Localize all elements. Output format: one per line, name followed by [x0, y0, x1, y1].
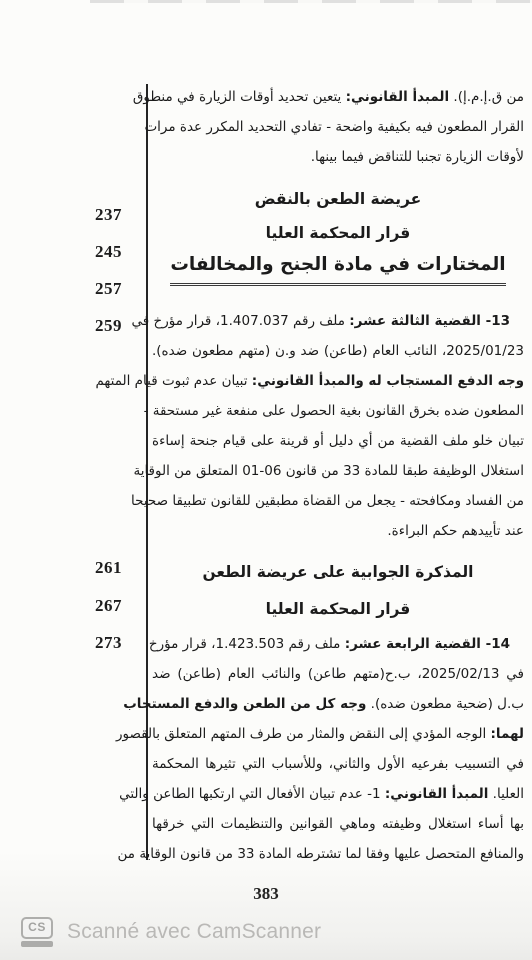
toc-page-number: 257 — [60, 279, 122, 299]
text-line: ب.ل (ضحية مطعون ضده). وجه كل من الطعن وا… — [152, 689, 524, 719]
toc-page-number: 259 — [60, 316, 122, 336]
text-line: العليا. المبدأ القانوني: 1- عدم تبيان ال… — [152, 779, 524, 809]
scanned-page: 237245257259261267273 من ق.إ.م.إ). المبد… — [0, 0, 532, 960]
camscanner-icon-base-bar — [21, 941, 53, 947]
text-line: القرار المطعون فيه بكيفية واضحة - تفادي … — [152, 112, 524, 142]
text-line: تبيان خلو ملف القضية من أي دليل أو قرينة… — [152, 426, 524, 456]
camscanner-icon-cs-box: CS — [21, 917, 53, 939]
text-line: 13- القضية الثالثة عشر: ملف رقم 1.407.03… — [152, 306, 524, 336]
text-line: المطعون ضده بخرق القانون بغية الحصول على… — [152, 396, 524, 426]
text-line: وجه الدفع المستجاب له والمبدأ القانوني: … — [152, 366, 524, 396]
section-title-text: المختارات في مادة الجنح والمخالفات — [170, 250, 505, 286]
heading-supreme-court-decision-2: قرار المحكمة العليا — [152, 596, 524, 622]
case-13-paragraph: 13- القضية الثالثة عشر: ملف رقم 1.407.03… — [152, 306, 524, 546]
heading-reply-memo: المذكرة الجوابية على عريضة الطعن — [152, 559, 524, 585]
text-line: في 2025/02/13، ب.ح(متهم طاعن) والنائب ال… — [152, 659, 524, 689]
toc-page-number: 245 — [60, 242, 122, 262]
camscanner-icon: CS — [20, 917, 54, 947]
toc-page-number: 237 — [60, 205, 122, 225]
text-line: 14- القضية الرابعة عشر: ملف رقم 1.423.50… — [152, 629, 524, 659]
text-line: في التسبيب بفرعيه الأول والثاني، وللأسبا… — [152, 749, 524, 779]
text-line: 2025/01/23، النائب العام (طاعن) ضد و.ن (… — [152, 336, 524, 366]
toc-page-number: 267 — [60, 596, 122, 616]
text-line: عند تأييدهم حكم البراءة. — [152, 516, 524, 546]
camscanner-watermark: CS Scanné avec CamScanner — [20, 913, 321, 951]
text-line: استغلال الوظيفة طبقا للمادة 33 من قانون … — [152, 456, 524, 486]
toc-page-number: 261 — [60, 558, 122, 578]
heading-appeal-petition: عريضة الطعن بالنقض — [152, 186, 524, 212]
heading-supreme-court-decision-1: قرار المحكمة العليا — [152, 220, 524, 246]
case-14-paragraph: 14- القضية الرابعة عشر: ملف رقم 1.423.50… — [152, 629, 524, 869]
text-line: من الفساد ومكافحته - يجعل من القضاة مطبق… — [152, 486, 524, 516]
page-number: 383 — [0, 884, 532, 904]
intro-paragraph: من ق.إ.م.إ). المبدأ القانوني: يتعين تحدي… — [152, 82, 524, 172]
toc-page-numbers-column: 237245257259261267273 — [0, 0, 146, 960]
section-title-misdemeanors: المختارات في مادة الجنح والمخالفات — [152, 250, 524, 286]
toc-page-number: 273 — [60, 633, 122, 653]
text-line: لأوقات الزيارة تجنبا للتناقض فيما بينها. — [152, 142, 524, 172]
text-line: بها أساء استغلال وظيفته وماهي القوانين و… — [152, 809, 524, 839]
text-column: من ق.إ.م.إ). المبدأ القانوني: يتعين تحدي… — [152, 0, 524, 960]
camscanner-label: Scanné avec CamScanner — [67, 920, 321, 944]
text-line: لهما: الوجه المؤدي إلى النقض والمثار من … — [152, 719, 524, 749]
text-line: من ق.إ.م.إ). المبدأ القانوني: يتعين تحدي… — [152, 82, 524, 112]
text-line: والمنافع المتحصل عليها وفقا لما تشترطه ا… — [152, 839, 524, 869]
